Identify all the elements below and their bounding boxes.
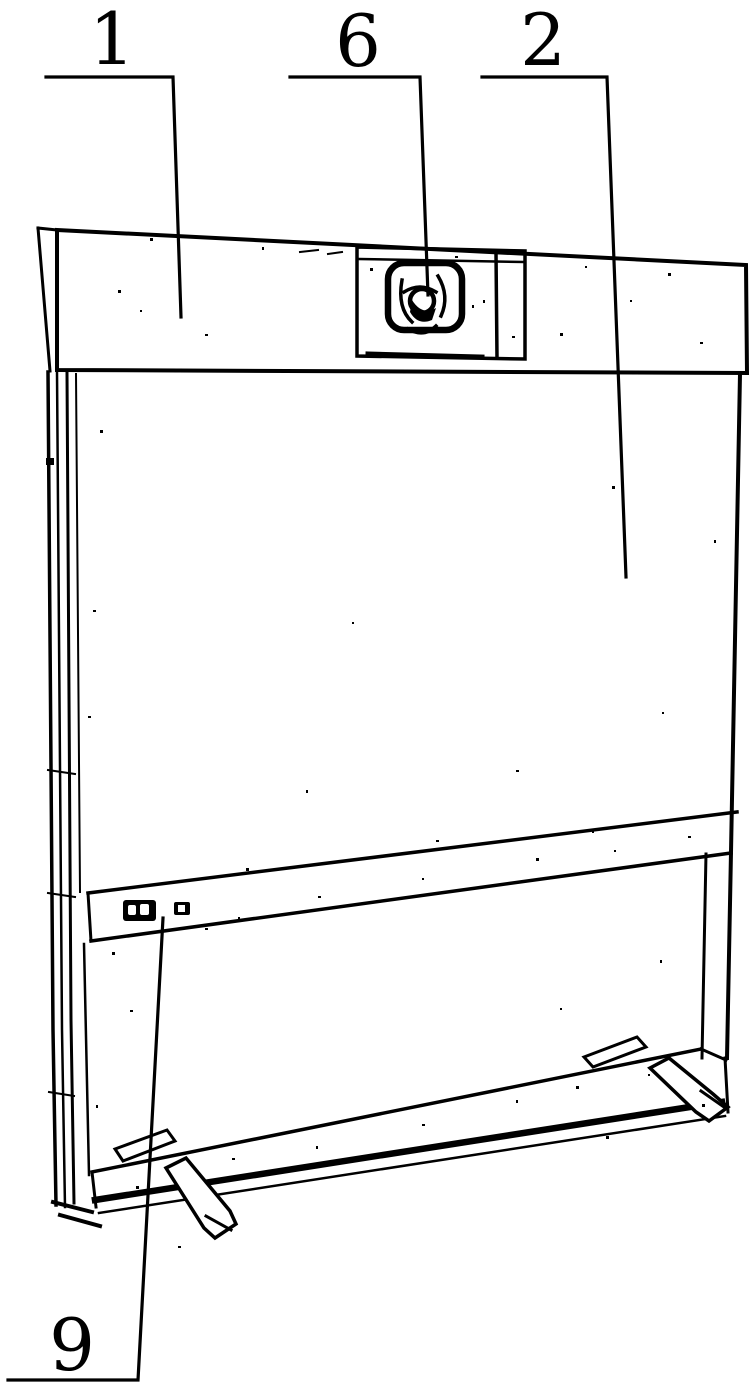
ref-label-9: 9 bbox=[49, 1303, 95, 1387]
camera-recess-bottom-shadow bbox=[368, 354, 482, 357]
left-post-joint-blob bbox=[46, 458, 54, 465]
usb-port-slot bbox=[178, 905, 185, 912]
power-socket-icon bbox=[123, 900, 156, 921]
patent-figure-canvas: 1 6 2 9 bbox=[0, 0, 754, 1391]
power-socket-slot-left bbox=[128, 905, 136, 915]
power-socket-slot-right bbox=[140, 904, 149, 915]
figure-background bbox=[0, 0, 754, 1391]
ref-label-1: 1 bbox=[89, 0, 135, 81]
ref-label-2: 2 bbox=[520, 0, 566, 82]
camera-recess-divider bbox=[496, 253, 497, 358]
device-line-drawing: 1 6 2 9 bbox=[0, 0, 754, 1391]
ref-label-6: 6 bbox=[335, 0, 381, 83]
